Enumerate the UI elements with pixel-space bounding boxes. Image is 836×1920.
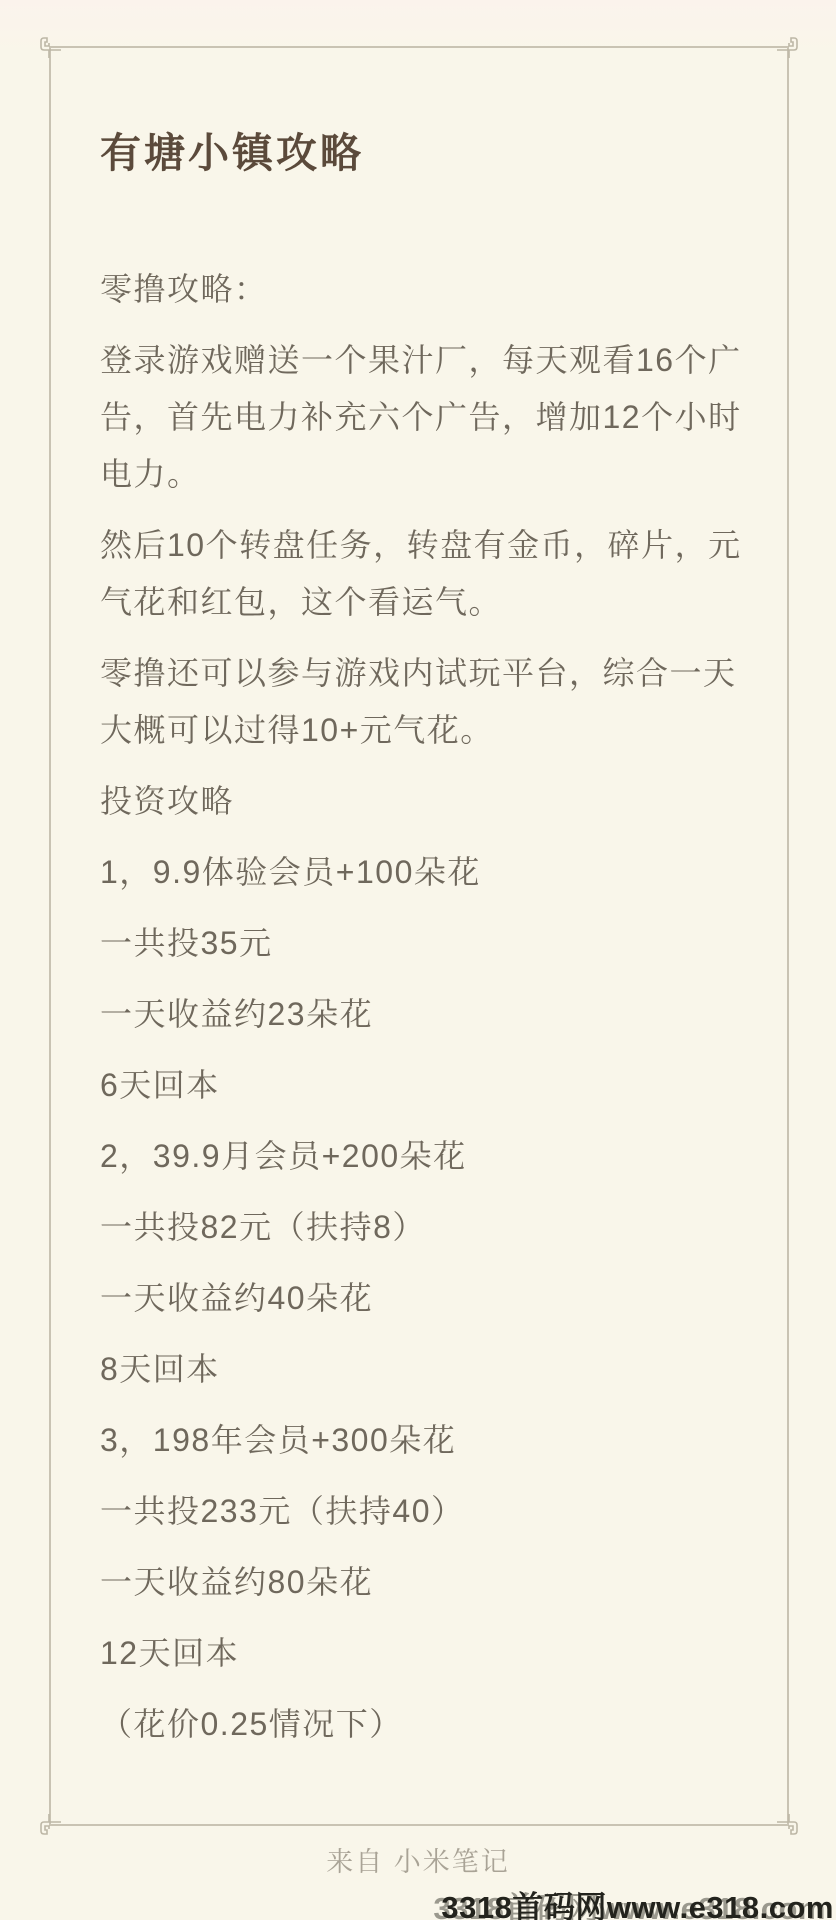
note-body: 零撸攻略：登录游戏赠送一个果汁厂，每天观看16个广告，首先电力补充六个广告，增加…: [100, 261, 750, 1753]
note-card: 有塘小镇攻略 零撸攻略：登录游戏赠送一个果汁厂，每天观看16个广告，首先电力补充…: [100, 130, 750, 1767]
paragraph: 8天回本: [100, 1341, 750, 1398]
paragraph: 2，39.9月会员+200朵花: [100, 1128, 750, 1185]
paragraph: 然后10个转盘任务，转盘有金币，碎片，元气花和红包，这个看运气。: [100, 517, 750, 631]
watermark: 3318首码网www.e318.com: [441, 1882, 834, 1920]
paragraph: 1，9.9体验会员+100朵花: [100, 844, 750, 901]
paragraph: 6天回本: [100, 1057, 750, 1114]
paragraph: 一共投233元（扶持40）: [100, 1483, 750, 1540]
paragraph: 一共投82元（扶持8）: [100, 1199, 750, 1256]
frame-corner-icon: [37, 34, 61, 58]
paragraph: 零撸攻略：: [100, 261, 750, 318]
frame-corner-icon: [777, 34, 801, 58]
frame-corner-icon: [777, 1814, 801, 1838]
source-attribution: 来自 小米笔记: [0, 1840, 836, 1879]
paragraph: 一天收益约40朵花: [100, 1270, 750, 1327]
paragraph: 登录游戏赠送一个果汁厂，每天观看16个广告，首先电力补充六个广告，增加12个小时…: [100, 332, 750, 503]
paragraph: （花价0.25情况下）: [100, 1696, 750, 1753]
frame-corner-icon: [37, 1814, 61, 1838]
paragraph: 12天回本: [100, 1625, 750, 1682]
paragraph: 零撸还可以参与游戏内试玩平台，综合一天大概可以过得10+元气花。: [100, 645, 750, 759]
paragraph: 投资攻略: [100, 773, 750, 830]
page-title: 有塘小镇攻略: [100, 130, 750, 177]
paragraph: 3，198年会员+300朵花: [100, 1412, 750, 1469]
paragraph: 一天收益约80朵花: [100, 1554, 750, 1611]
paragraph: 一天收益约23朵花: [100, 986, 750, 1043]
paragraph: 一共投35元: [100, 915, 750, 972]
